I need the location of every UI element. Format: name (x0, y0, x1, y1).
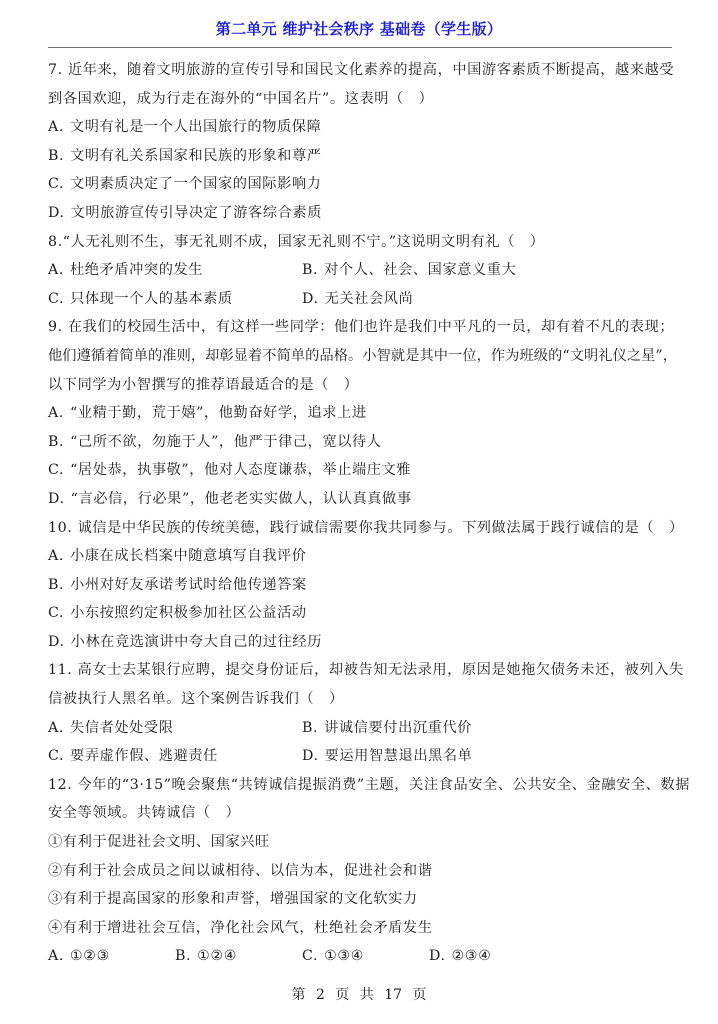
option-c[interactable]: C.①③④ (302, 942, 429, 971)
question-7: 7. 近年来，随着文明旅游的宣传引导和国民文化素养的提高，中国游客素质不断提高，… (48, 56, 674, 228)
option-d[interactable]: D.②③④ (429, 942, 556, 971)
option-b[interactable]: B.讲诚信要付出沉重代价 (302, 714, 556, 743)
option-d[interactable]: D.小林在竞选演讲中夸大自己的过往经历 (48, 628, 674, 657)
question-stem-line: 8.“人无礼则不生，事无礼则不成，国家无礼则不宁。”这说明文明有礼（ ） (48, 228, 674, 257)
option-c[interactable]: C.文明素质决定了一个国家的国际影响力 (48, 170, 674, 199)
question-number: 12. (48, 777, 72, 793)
question-stem-line: 10. 诚信是中华民族的传统美德，践行诚信需要你我共同参与。下列做法属于践行诚信… (48, 514, 674, 543)
question-stem-line: 以下同学为小智撰写的推荐语最适合的是（ ） (48, 371, 674, 400)
question-10: 10. 诚信是中华民族的传统美德，践行诚信需要你我共同参与。下列做法属于践行诚信… (48, 514, 674, 657)
option-a[interactable]: A.①②③ (48, 942, 175, 971)
option-a[interactable]: A.杜绝矛盾冲突的发生 (48, 256, 302, 285)
question-stem-line: 12. 今年的“3·15”晚会聚焦“共铸诚信提振消费”主题，关注食品安全、公共安… (48, 771, 674, 800)
option-d[interactable]: D.要运用智慧退出黑名单 (302, 742, 556, 771)
question-stem-line: 信被执行人黑名单。这个案例告诉我们（ ） (48, 685, 674, 714)
option-a[interactable]: A.小康在成长档案中随意填写自我评价 (48, 542, 674, 571)
question-number: 8. (48, 234, 63, 250)
question-number: 7. (48, 62, 63, 78)
statement-3: ③有利于提高国家的形象和声誉，增强国家的文化软实力 (48, 885, 674, 914)
options-row: C.要弄虚作假、逃避责任 D.要运用智慧退出黑名单 (48, 742, 674, 771)
option-d[interactable]: D.文明旅游宣传引导决定了游客综合素质 (48, 199, 674, 228)
option-b[interactable]: B.文明有礼关系国家和民族的形象和尊严 (48, 142, 674, 171)
page-number-footer: 第 2 页 共 17 页 (0, 984, 718, 1004)
question-stem-line: 到各国欢迎，成为行走在海外的“中国名片”。这表明（ ） (48, 85, 674, 114)
option-c[interactable]: C.“居处恭，执事敬”，他对人态度谦恭，举止端庄文雅 (48, 456, 674, 485)
header-divider (48, 47, 672, 48)
option-b[interactable]: B.①②④ (175, 942, 302, 971)
question-stem-line: 7. 近年来，随着文明旅游的宣传引导和国民文化素养的提高，中国游客素质不断提高，… (48, 56, 674, 85)
option-b[interactable]: B.小州对好友承诺考试时给他传递答案 (48, 571, 674, 600)
question-number: 9. (48, 319, 63, 335)
option-b[interactable]: B.对个人、社会、国家意义重大 (302, 256, 556, 285)
question-stem-line: 他们遵循着简单的准则，却彰显着不简单的品格。小智就是其中一位，作为班级的“文明礼… (48, 342, 674, 371)
options-row: A.①②③ B.①②④ C.①③④ D.②③④ (48, 942, 674, 971)
option-a[interactable]: A.失信者处处受限 (48, 714, 302, 743)
option-b[interactable]: B.“己所不欲，勿施于人”，他严于律己，宽以待人 (48, 428, 674, 457)
question-11: 11. 高女士去某银行应聘，提交身份证后，却被告知无法录用，原因是她拖欠债务未还… (48, 656, 674, 770)
question-8: 8.“人无礼则不生，事无礼则不成，国家无礼则不宁。”这说明文明有礼（ ） A.杜… (48, 228, 674, 314)
options-row: A.杜绝矛盾冲突的发生 B.对个人、社会、国家意义重大 (48, 256, 674, 285)
option-a[interactable]: A.“业精于勤，荒于嬉”，他勤奋好学，追求上进 (48, 399, 674, 428)
page-header-title: 第二单元 维护社会秩序 基础卷（学生版） (0, 18, 718, 39)
question-list: 7. 近年来，随着文明旅游的宣传引导和国民文化素养的提高，中国游客素质不断提高，… (48, 56, 674, 971)
statement-1: ①有利于促进社会文明、国家兴旺 (48, 828, 674, 857)
option-c[interactable]: C.小东按照约定积极参加社区公益活动 (48, 599, 674, 628)
question-stem-line: 11. 高女士去某银行应聘，提交身份证后，却被告知无法录用，原因是她拖欠债务未还… (48, 656, 674, 685)
question-stem-line: 安全等领域。共铸诚信（ ） (48, 799, 674, 828)
question-9: 9. 在我们的校园生活中，有这样一些同学：他们也许是我们中平凡的一员，却有着不凡… (48, 313, 674, 513)
statement-2: ②有利于社会成员之间以诚相待、以信为本，促进社会和谐 (48, 857, 674, 886)
option-d[interactable]: D.“言必信，行必果”，他老老实实做人，认认真真做事 (48, 485, 674, 514)
option-d[interactable]: D.无关社会风尚 (302, 285, 556, 314)
question-number: 11. (48, 662, 72, 678)
options-row: C.只体现一个人的基本素质 D.无关社会风尚 (48, 285, 674, 314)
question-stem-line: 9. 在我们的校园生活中，有这样一些同学：他们也许是我们中平凡的一员，却有着不凡… (48, 313, 674, 342)
option-c[interactable]: C.要弄虚作假、逃避责任 (48, 742, 302, 771)
statement-4: ④有利于增进社会互信，净化社会风气，杜绝社会矛盾发生 (48, 914, 674, 943)
option-c[interactable]: C.只体现一个人的基本素质 (48, 285, 302, 314)
options-row: A.失信者处处受限 B.讲诚信要付出沉重代价 (48, 714, 674, 743)
question-number: 10. (48, 520, 72, 536)
option-a[interactable]: A.文明有礼是一个人出国旅行的物质保障 (48, 113, 674, 142)
question-12: 12. 今年的“3·15”晚会聚焦“共铸诚信提振消费”主题，关注食品安全、公共安… (48, 771, 674, 971)
